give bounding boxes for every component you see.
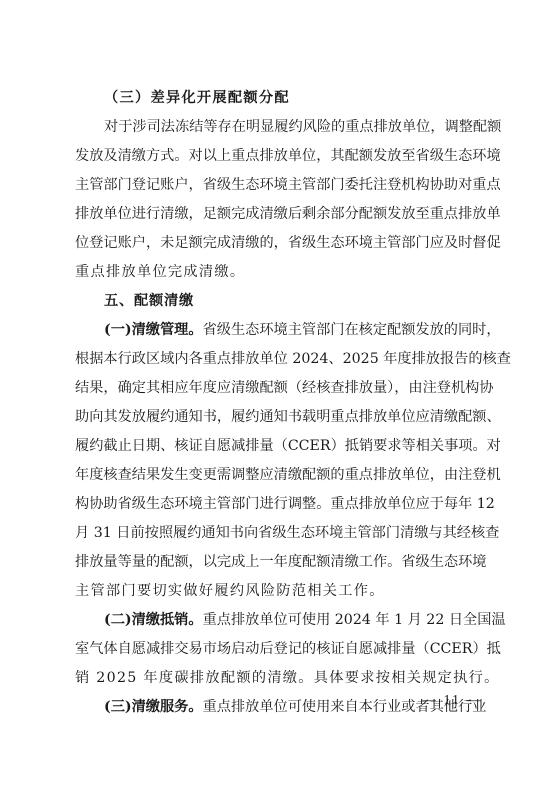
section-heading-differentiated-allocation: （三）差异化开展配额分配 (75, 84, 485, 113)
paragraph-line: 履约截止日期、核证自愿减排量（CCER）抵销要求等相关事项。对 (75, 432, 485, 461)
document-page: （三）差异化开展配额分配 对于涉司法冻结等存在明显履约风险的重点排放单位，调整配… (75, 84, 485, 722)
paragraph-line: 主管部门要切实做好履约风险防范相关工作。 (75, 577, 485, 606)
paragraph-line: 主管部门登记账户，省级生态环境主管部门委托注登机构协助对重点 (75, 171, 485, 200)
item-title: (三)清缴服务。 (104, 699, 203, 715)
paragraph-line: 构协助省级生态环境主管部门进行调整。重点排放单位应于每年 12 (75, 490, 485, 519)
page-number: — 11 — (422, 693, 482, 709)
paragraph-line: 月 31 日前按照履约通知书向省级生态环境主管部门清缴与其经核查 (75, 519, 485, 548)
paragraph-line: 排放量等量的配额，以完成上一年度配额清缴工作。省级生态环境 (75, 548, 485, 577)
item-title: (一)清缴管理。 (104, 322, 203, 338)
paragraph-line: 排放单位进行清缴，足额完成清缴后剩余部分配额发放至重点排放单 (75, 200, 485, 229)
paragraph-line: 结果，确定其相应年度应清缴配额（经核查排放量），由注登机构协 (75, 374, 485, 403)
item-clearance-offset: (二)清缴抵销。重点排放单位可使用 2024 年 1 月 22 日全国温 (75, 606, 485, 635)
item-title: (二)清缴抵销。 (104, 612, 203, 628)
paragraph-line: 发放及清缴方式。对以上重点排放单位，其配额发放至省级生态环境 (75, 142, 485, 171)
paragraph-line: 对于涉司法冻结等存在明显履约风险的重点排放单位，调整配额 (75, 113, 485, 142)
paragraph-line: 根据本行政区域内各重点排放单位 2024、2025 年度排放报告的核查 (75, 345, 485, 374)
paragraph-line: 年度核查结果发生变更需调整应清缴配额的重点排放单位，由注登机 (75, 461, 485, 490)
item-text: 重点排放单位可使用 2024 年 1 月 22 日全国温 (203, 612, 506, 628)
paragraph-line: 位登记账户，未足额完成清缴的，省级生态环境主管部门应及时督促 (75, 229, 485, 258)
paragraph-line: 重点排放单位完成清缴。 (75, 258, 485, 287)
chapter-heading-quota-clearance: 五、配额清缴 (75, 287, 485, 316)
item-clearance-management: (一)清缴管理。省级生态环境主管部门在核定配额发放的同时， (75, 316, 485, 345)
paragraph-line: 销 2025 年度碳排放配额的清缴。具体要求按相关规定执行。 (75, 664, 485, 693)
item-text: 省级生态环境主管部门在核定配额发放的同时， (203, 322, 501, 338)
paragraph-line: 室气体自愿减排交易市场启动后登记的核证自愿减排量（CCER）抵 (75, 635, 485, 664)
paragraph-line: 助向其发放履约通知书，履约通知书载明重点排放单位应清缴配额、 (75, 403, 485, 432)
